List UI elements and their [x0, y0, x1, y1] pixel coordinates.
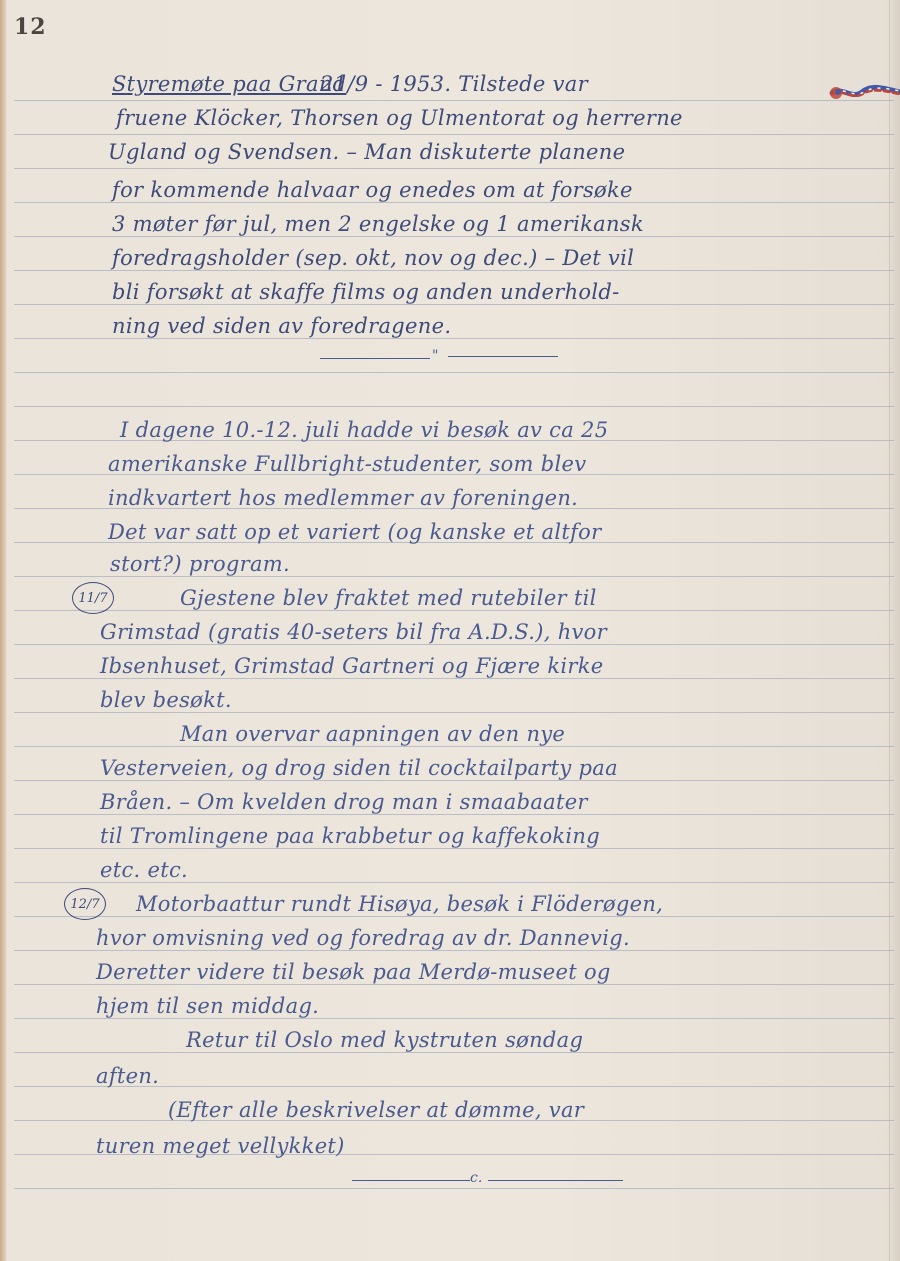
entry-line: Det var satt op et variert (og kanske et…: [108, 520, 601, 544]
entry-line: Gjestene blev fraktet med rutebiler til: [180, 586, 597, 610]
closing-divider: [352, 1180, 470, 1181]
entry-line: Deretter videre til besøk paa Merdø-muse…: [96, 960, 611, 984]
entry-heading: Styremøte paa Grand: [112, 72, 346, 96]
entry-line: indkvartert hos medlemmer av foreningen.: [108, 486, 578, 510]
closing-divider: [488, 1180, 623, 1181]
entry-line: turen meget vellykket): [96, 1134, 345, 1158]
section-divider: [320, 358, 430, 359]
entry-line: (Efter alle beskrivelser at dømme, var: [168, 1098, 584, 1122]
entry-line: amerikanske Fullbright-studenter, som bl…: [108, 452, 586, 476]
entry-line: Ibsenhuset, Grimstad Gartneri og Fjære k…: [100, 654, 604, 678]
entry-line: stort?) program.: [110, 552, 290, 576]
entry-line: Vesterveien, og drog siden til cocktailp…: [100, 756, 618, 780]
section-divider: [448, 356, 558, 357]
handwritten-text: Styremøte paa Grand 21/9 - 1953. Tilsted…: [0, 0, 900, 1261]
entry-line: Retur til Oslo med kystruten søndag: [186, 1028, 583, 1052]
entry-line: foredragsholder (sep. okt, nov og dec.) …: [112, 246, 634, 270]
divider-mark: ": [432, 348, 438, 364]
entry-line: blev besøkt.: [100, 688, 232, 712]
entry-line: aften.: [96, 1064, 159, 1088]
entry-line: bli forsøkt at skaffe films og anden und…: [112, 280, 620, 304]
entry-line: Motorbaattur rundt Hisøya, besøk i Flöde…: [136, 892, 663, 916]
entry-line: fruene Klöcker, Thorsen og Ulmentorat og…: [116, 106, 683, 130]
closing-mark: c.: [470, 1170, 482, 1186]
entry-line: Grimstad (gratis 40-seters bil fra A.D.S…: [100, 620, 607, 644]
entry-line: I dagene 10.-12. juli hadde vi besøk av …: [120, 418, 608, 442]
entry-line: Man overvar aapningen av den nye: [180, 722, 565, 746]
entry-line: hvor omvisning ved og foredrag av dr. Da…: [96, 926, 630, 950]
entry-line: ning ved siden av foredragene.: [112, 314, 451, 338]
entry-line: Ugland og Svendsen. – Man diskuterte pla…: [108, 140, 625, 164]
date-marker: 12/7: [64, 888, 106, 920]
entry-line: hjem til sen middag.: [96, 994, 319, 1018]
entry-line: for kommende halvaar og enedes om at for…: [112, 178, 633, 202]
entry-line: 3 møter før jul, men 2 engelske og 1 ame…: [112, 212, 644, 236]
notebook-page: 12 Styremøte paa Grand 21/9 - 1953. Tils…: [0, 0, 900, 1261]
entry-line: etc. etc.: [100, 858, 188, 882]
entry-line: til Tromlingene paa krabbetur og kaffeko…: [100, 824, 600, 848]
entry-line: 21/9 - 1953. Tilstede var: [320, 72, 588, 96]
date-marker: 11/7: [72, 582, 114, 614]
entry-line: Bråen. – Om kvelden drog man i smaabaate…: [100, 790, 588, 814]
